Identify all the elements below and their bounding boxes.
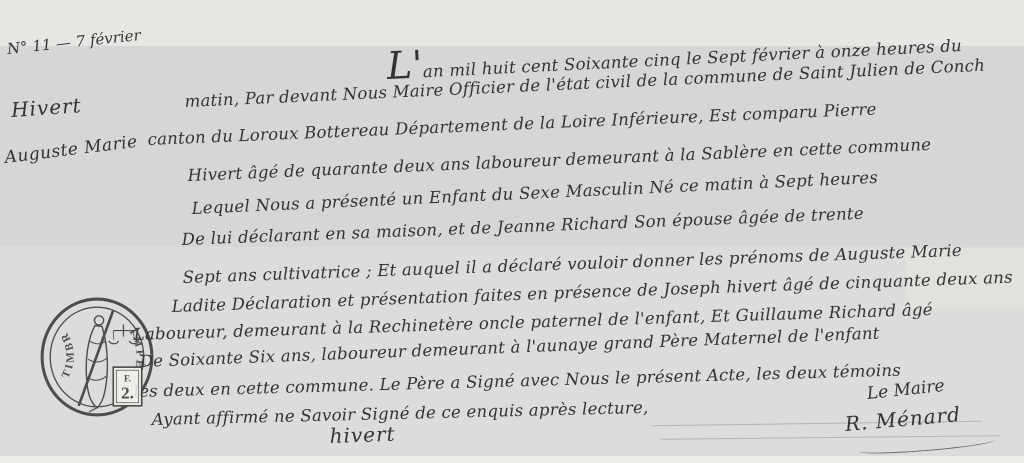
- declarant-signature: hivert: [329, 422, 396, 448]
- paper-band-bottom: [0, 456, 1024, 463]
- margin-surname: Hivert: [10, 93, 82, 122]
- revenue-stamp-graphic: TIMBRE IMPÉRIAL.: [38, 296, 156, 418]
- stamp-pedestal: F. 2.: [113, 367, 141, 406]
- stamp-currency: F.: [124, 373, 131, 383]
- civil-registry-document: N° 11 — 7 février Hivert Auguste Marie L…: [0, 0, 1024, 463]
- stamp-denomination: 2.: [121, 384, 134, 403]
- revenue-stamp: TIMBRE IMPÉRIAL.: [38, 296, 156, 418]
